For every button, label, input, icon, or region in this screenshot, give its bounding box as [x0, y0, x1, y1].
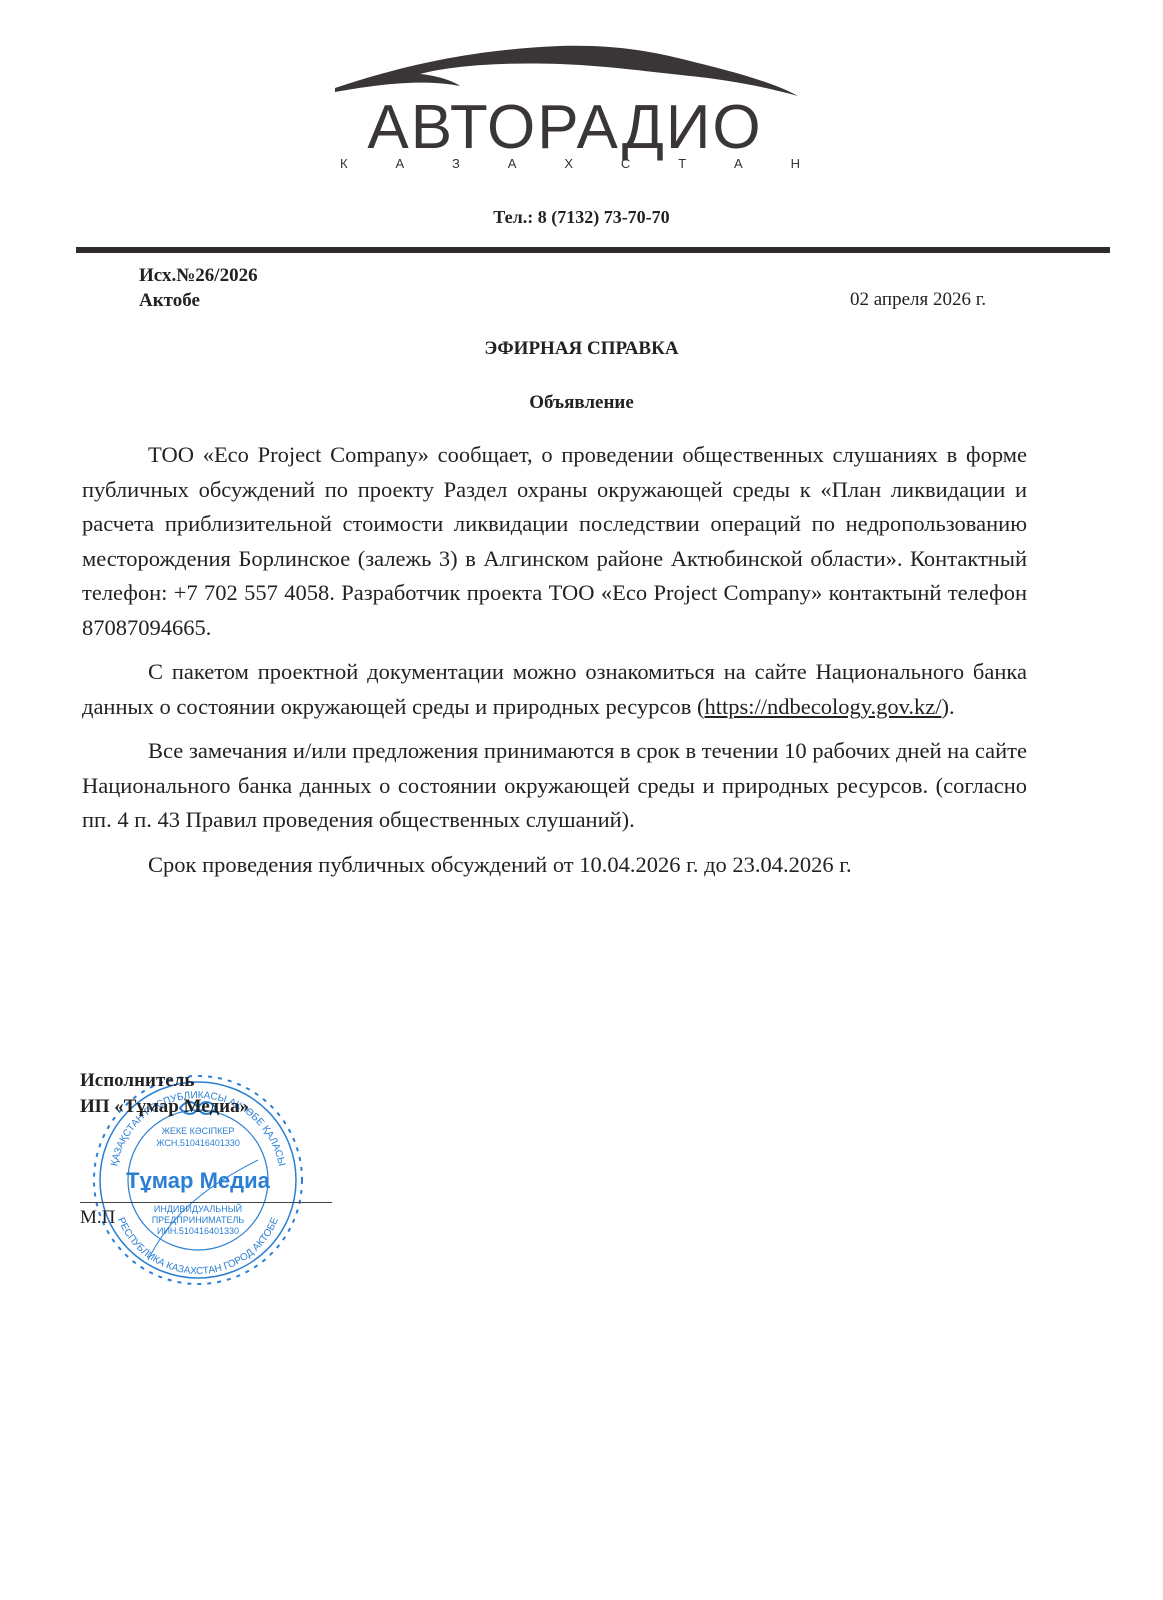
signature-line — [80, 1202, 332, 1203]
logo-title: АВТОРАДИО — [335, 92, 795, 163]
logo-letter: С — [621, 156, 630, 171]
svg-text:ЖСН.510416401330: ЖСН.510416401330 — [156, 1138, 240, 1148]
document-subtitle: Объявление — [0, 392, 1163, 414]
paragraph-4: Срок проведения публичных обсуждений от … — [82, 848, 1027, 883]
logo-letter: А — [508, 156, 517, 171]
logo-letter: А — [395, 156, 404, 171]
svg-text:ИНДИВИДУАЛЬНЫЙ: ИНДИВИДУАЛЬНЫЙ — [154, 1203, 242, 1214]
ref-number: Исх.№26/2026 — [139, 263, 258, 288]
svg-text:Тұмар Медиа: Тұмар Медиа — [126, 1168, 270, 1193]
logo-letter: А — [734, 156, 743, 171]
paragraph-2: С пакетом проектной документации можно о… — [82, 655, 1027, 724]
ndbecology-link[interactable]: https://ndbecology.gov.kz/ — [704, 694, 941, 719]
document-body: ТОО «Eco Project Company» сообщает, о пр… — [82, 438, 1027, 892]
signer-org: ИП «Тұмар Медиа» — [80, 1094, 249, 1120]
city: Актобе — [139, 288, 258, 313]
logo-letter: Х — [564, 156, 573, 171]
signer-role: Исполнитель — [80, 1068, 249, 1094]
logo-letter: К — [340, 156, 348, 171]
reference-block: Исх.№26/2026 Актобе — [139, 263, 258, 313]
logo-letter: З — [452, 156, 460, 171]
logo-subtitle: К А З А Х С Т А Н — [340, 156, 800, 171]
paragraph-3: Все замечания и/или предложения принимаю… — [82, 734, 1027, 838]
logo-letter: Т — [678, 156, 686, 171]
svg-text:ИИН.510416401330: ИИН.510416401330 — [157, 1226, 239, 1236]
header-divider — [76, 247, 1110, 253]
paragraph-1: ТОО «Eco Project Company» сообщает, о пр… — [82, 438, 1027, 645]
svg-text:ПРЕДПРИНИМАТЕЛЬ: ПРЕДПРИНИМАТЕЛЬ — [152, 1215, 245, 1225]
document-date: 02 апреля 2026 г. — [850, 289, 986, 311]
logo-letter: Н — [791, 156, 800, 171]
document-title: ЭФИРНАЯ СПРАВКА — [0, 338, 1163, 360]
signature-block: Исполнитель ИП «Тұмар Медиа» — [80, 1068, 249, 1120]
seal-label: М.П — [80, 1207, 115, 1229]
paragraph-2-tail: ). — [942, 694, 955, 719]
header-phone: Тел.: 8 (7132) 73-70-70 — [0, 207, 1163, 228]
svg-text:ЖЕКЕ КӘСІПКЕР: ЖЕКЕ КӘСІПКЕР — [162, 1126, 235, 1136]
